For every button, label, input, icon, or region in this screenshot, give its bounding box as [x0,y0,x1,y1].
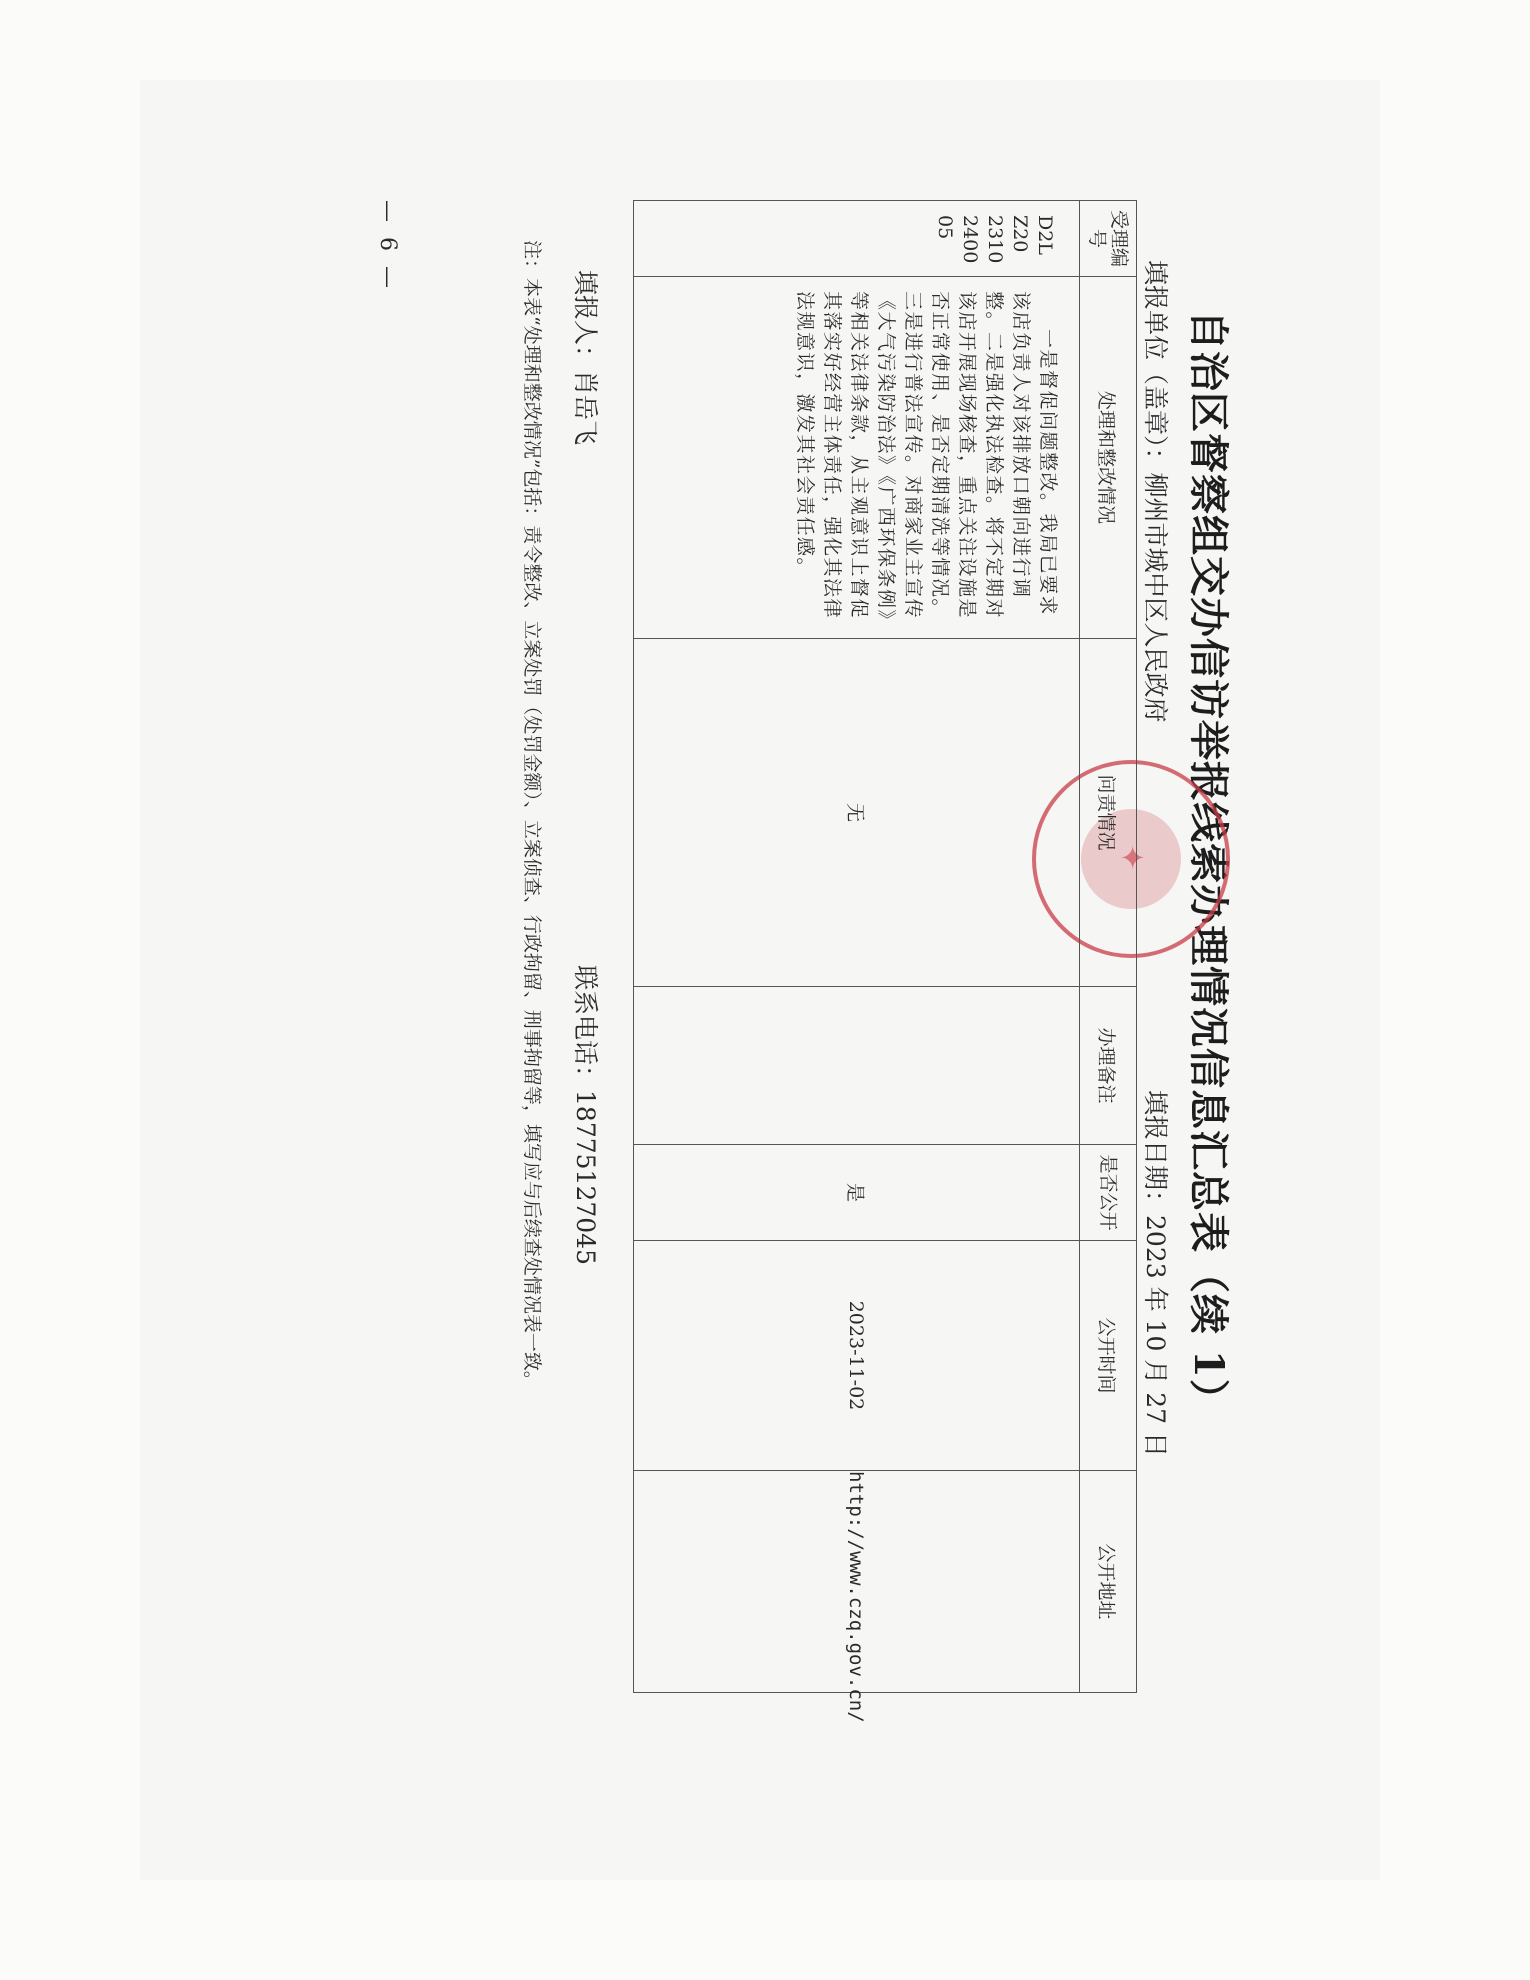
remarks-cell [634,987,1080,1145]
table-row: D2L Z20 2310 2400 05 一是督促问题整改。我局已要求该店负责人… [634,201,1080,1693]
header-handling: 处理和整改情况 [1080,277,1137,639]
header-accountability: 问责情况 [1080,639,1137,987]
filler: 填报人：肖岳飞 [569,270,605,445]
filing-unit-label: 填报单位（盖章）： [1141,260,1170,473]
header-public-url: 公开地址 [1080,1471,1137,1693]
filler-label: 填报人： [571,270,600,370]
case-id-line: D2L [1032,215,1057,276]
page-number: — 6 — [375,200,400,292]
case-id-cell: D2L Z20 2310 2400 05 [634,201,1080,277]
public-cell: 是 [634,1145,1080,1241]
filing-unit-value: 柳州市城中区人民政府 [1141,473,1170,723]
filing-unit: 填报单位（盖章）：柳州市城中区人民政府 [1139,260,1175,723]
public-date-cell: 2023-11-02 [634,1241,1080,1471]
header-case-id: 受理编号 [1080,201,1137,277]
filler-name: 肖岳飞 [571,370,600,445]
contact-phone: 联系电话：18775127045 [569,965,605,1265]
header-public-date: 公开时间 [1080,1241,1137,1471]
case-id-line: 2310 [982,215,1007,276]
header-remarks: 办理备注 [1080,987,1137,1145]
filing-date-value: 2023 年 10 月 27 日 [1141,1215,1170,1457]
phone-value: 18775127045 [571,1090,600,1265]
phone-label: 联系电话： [571,965,600,1090]
filing-date: 填报日期：2023 年 10 月 27 日 [1139,1090,1175,1457]
case-id-line: Z20 [1007,215,1032,276]
public-url-cell: http://www.czq.gov.cn/ [634,1471,1080,1693]
table-header-row: 受理编号 处理和整改情况 问责情况 办理备注 是否公开 公开时间 公开地址 [1080,201,1137,1693]
case-id-line: 05 [932,215,957,276]
header-public: 是否公开 [1080,1145,1137,1241]
document-page: 自治区督察组交办信访举报线索办理情况信息汇总表（续 1） 填报单位（盖章）：柳州… [0,0,1530,1980]
footnote: 注：本表“处理和整改情况”包括：责令整改、立案处罚（处罚金额）、立案侦查、行政拘… [514,240,550,1640]
filing-date-label: 填报日期： [1141,1090,1170,1215]
case-id-line: 2400 [957,215,982,276]
handling-cell: 一是督促问题整改。我局已要求该店负责人对该排放口朝向进行调整。二是强化执法检查。… [634,277,1080,639]
summary-table: 受理编号 处理和整改情况 问责情况 办理备注 是否公开 公开时间 公开地址 D2… [633,200,1137,1693]
accountability-cell: 无 [634,639,1080,987]
